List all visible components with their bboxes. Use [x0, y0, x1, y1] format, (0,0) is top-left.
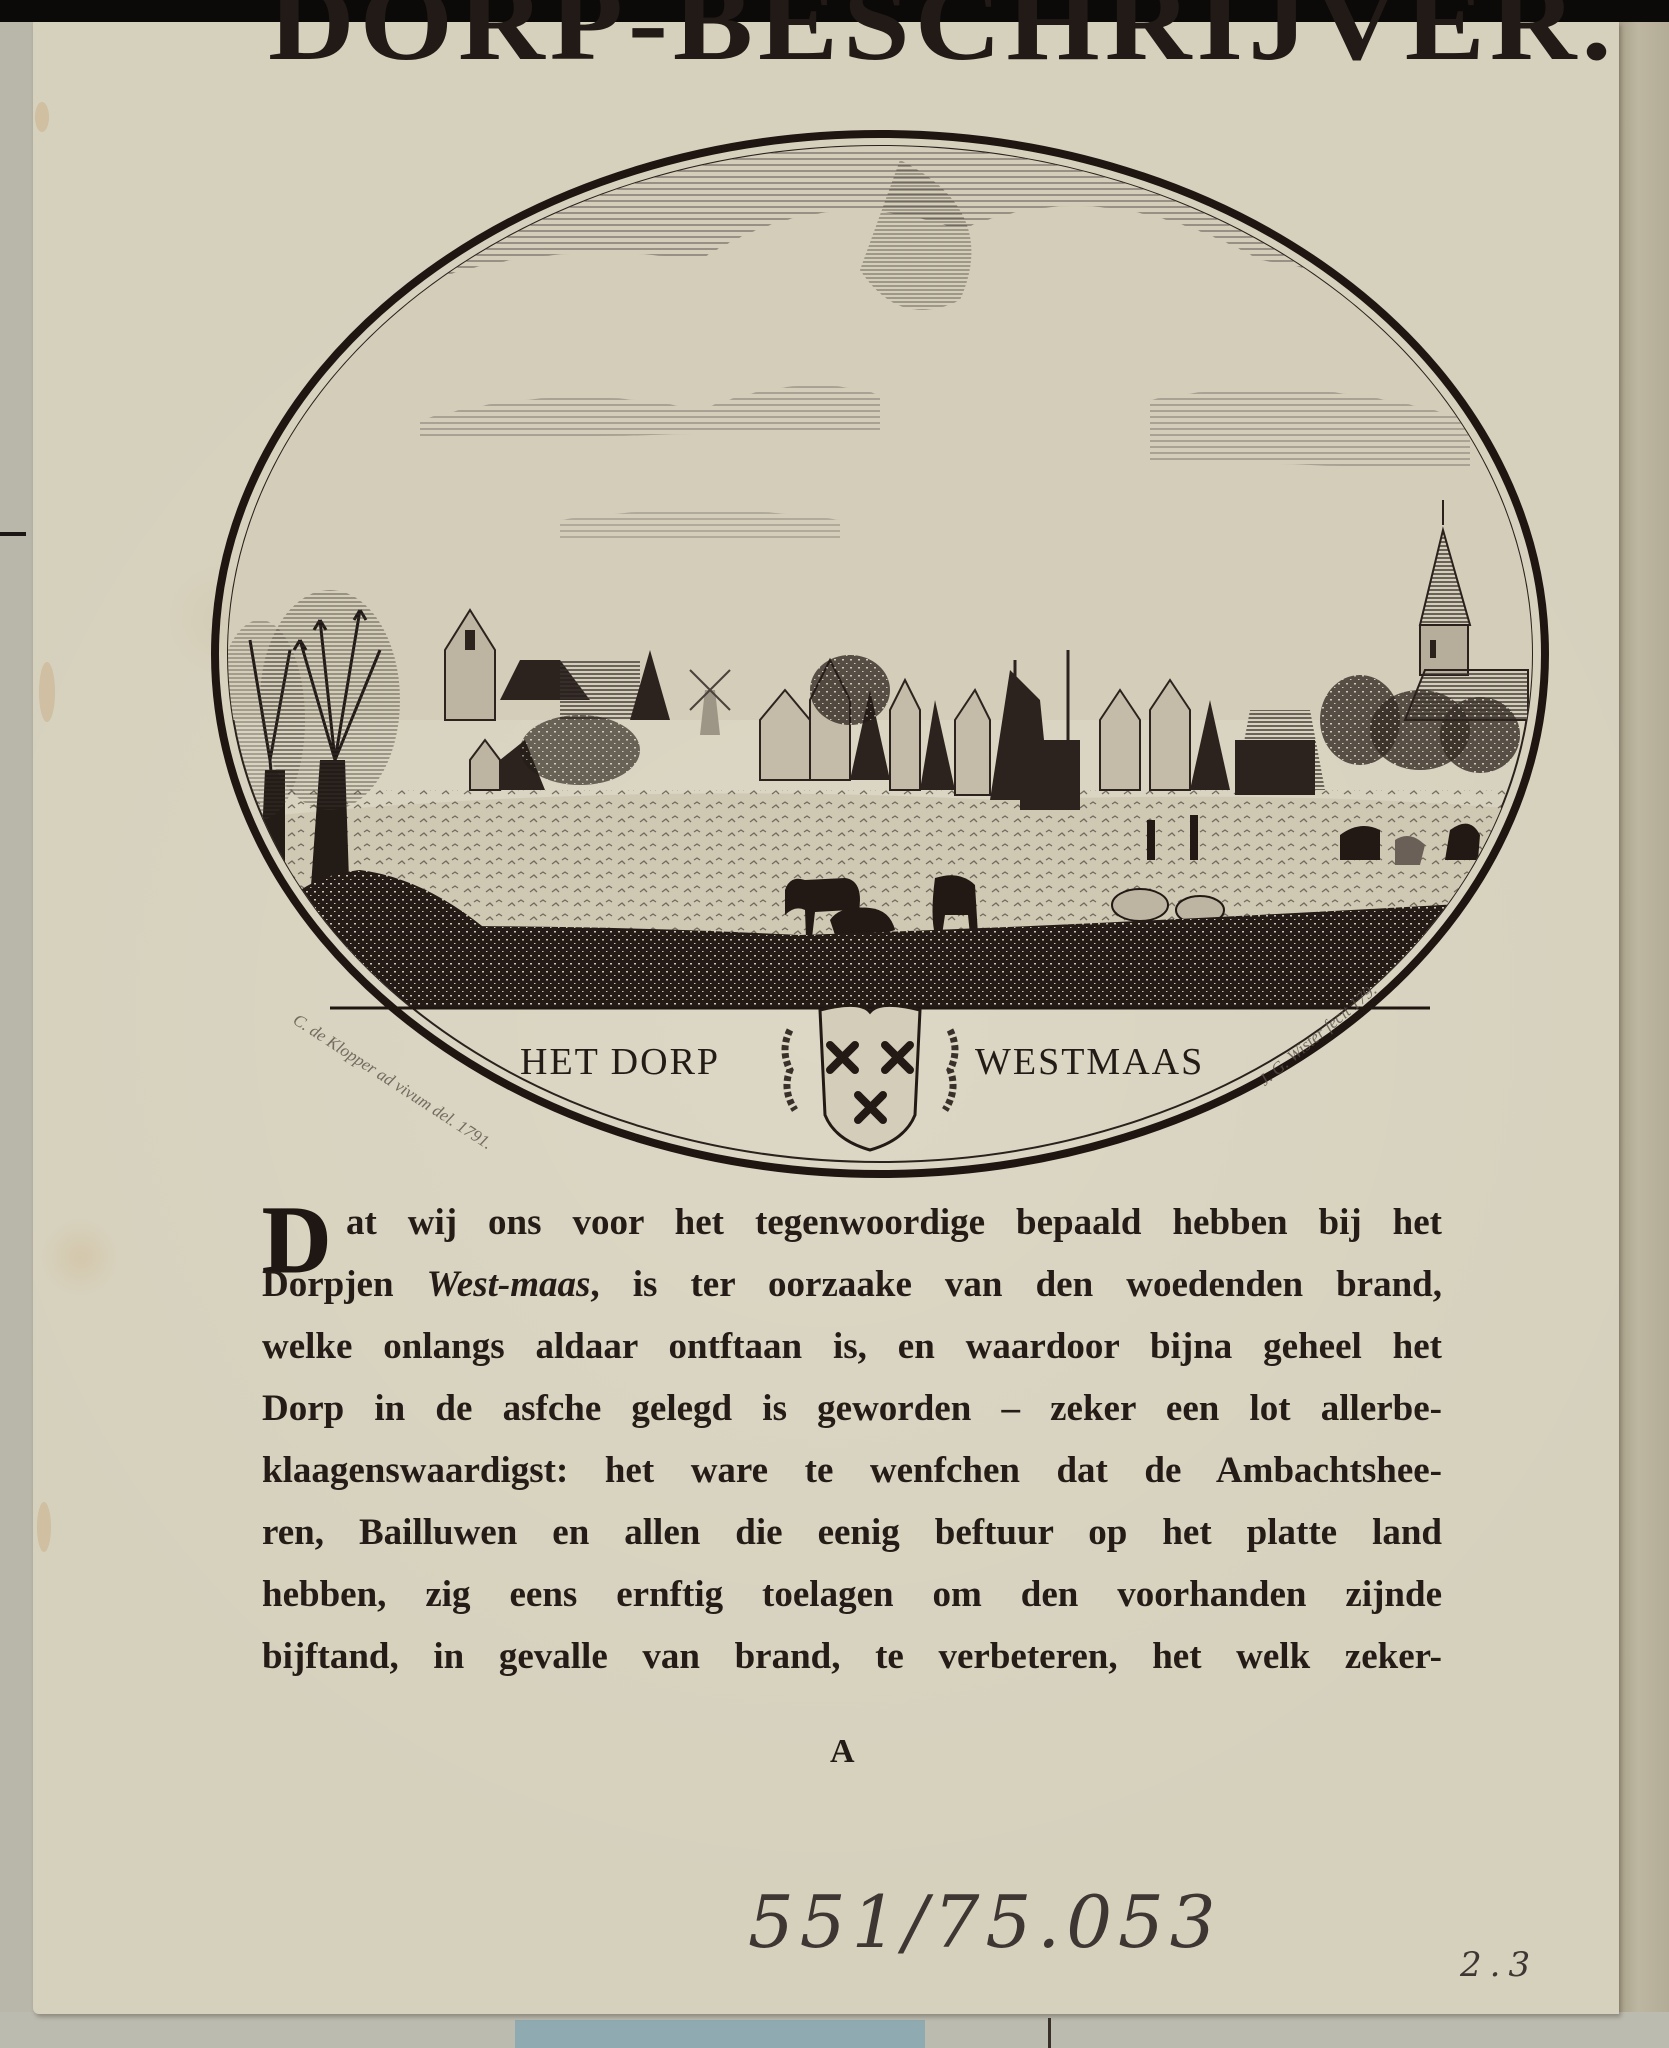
signature-mark: A — [830, 1733, 855, 1771]
text-line: at wij ons voor het tegenwoordige bepaal… — [346, 1192, 1442, 1254]
engraving-caption-left: HET DORP — [520, 1040, 720, 1084]
text-segment: Dorpjen — [262, 1264, 427, 1305]
place-name-italic: West-maas — [427, 1264, 591, 1305]
text-line: Dorpjen West-maas, is ter oorzaake van d… — [262, 1254, 1442, 1316]
sheet-number: 2.3 — [1460, 1945, 1538, 1985]
engraving-caption-right: WESTMAAS — [975, 1040, 1204, 1084]
foxing-stain — [37, 1502, 51, 1552]
text-line: welke onlangs aldaar ontftaan is, en waa… — [262, 1316, 1442, 1378]
text-line: hebben, zig eens ernftig toelagen om den… — [262, 1564, 1442, 1626]
text-segment: , is ter oorzaake van den woedenden bran… — [590, 1264, 1442, 1305]
shield-three-crosses-icon — [785, 1005, 955, 1150]
text-line: klaagenswaardigst: het ware te wenfchen … — [262, 1440, 1442, 1502]
text-line: ren, Bailluwen en allen die eenig beftuu… — [262, 1502, 1442, 1564]
engraving-illustration — [0, 0, 1669, 1200]
text-line: bijftand, in gevalle van brand, te verbe… — [262, 1626, 1442, 1688]
text-line: Dorp in de asfche gelegd is geworden – z… — [262, 1378, 1442, 1440]
inventory-number: 551/75.053 — [748, 1880, 1222, 1964]
blue-paper-tab — [515, 2020, 925, 2048]
bottom-tick-mark — [1048, 2018, 1051, 2048]
